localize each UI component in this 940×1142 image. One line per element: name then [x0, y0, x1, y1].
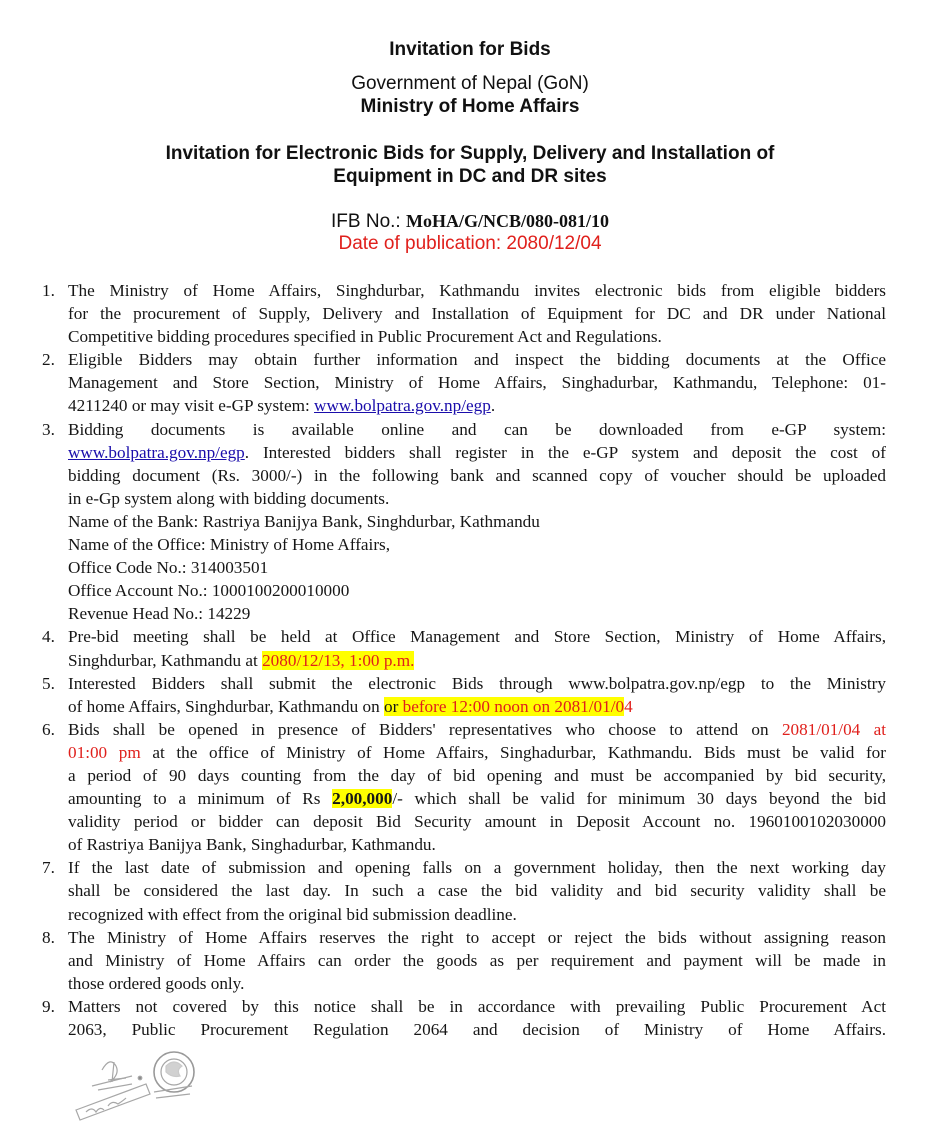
- ifb-label: IFB No.:: [331, 211, 406, 232]
- official-stamp-and-signature-icon: [62, 1040, 202, 1130]
- clause-text: recognized with effect from the original…: [68, 903, 886, 926]
- clause-number: 9.: [42, 995, 55, 1018]
- clause-text: Matters not covered by this notice shall…: [68, 995, 886, 1018]
- notice-clauses: 1. The Ministry of Home Affairs, Singhdu…: [36, 279, 886, 1041]
- notice-subject-line-2: Equipment in DC and DR sites: [0, 166, 940, 188]
- clause-text: validity period or bidder can deposit Bi…: [68, 810, 886, 833]
- notice-subject-line-1: Invitation for Electronic Bids for Suppl…: [0, 143, 940, 165]
- tender-notice-page: Invitation for Bids Government of Nepal …: [0, 0, 940, 1142]
- clause-7: 7. If the last date of submission and op…: [36, 856, 886, 925]
- submission-deadline-tail: 4: [624, 697, 633, 716]
- clause-text-segment: .: [491, 396, 495, 415]
- clause-text: Bidding documents is available online an…: [68, 418, 886, 441]
- egp-link[interactable]: www.bolpatra.gov.np/egp: [68, 443, 245, 462]
- clause-9: 9. Matters not covered by this notice sh…: [36, 995, 886, 1041]
- clause-text: The Ministry of Home Affairs reserves th…: [68, 926, 886, 949]
- clause-text: bidding document (Rs. 3000/-) in the fol…: [68, 464, 886, 487]
- bid-opening-date: 2081/01/04 at: [782, 720, 886, 739]
- prebid-datetime: 2080/12/13, 1:00 p.m.: [262, 651, 414, 670]
- clause-text: and Ministry of Home Affairs can order t…: [68, 949, 886, 972]
- egp-link[interactable]: www.bolpatra.gov.np/egp: [314, 396, 491, 415]
- clause-text: of Rastriya Banijya Bank, Singhadurbar, …: [68, 833, 886, 856]
- clause-number: 1.: [42, 279, 55, 302]
- clause-text-segment: /- which shall be valid for minimum 30 d…: [392, 789, 886, 808]
- ifb-number-value: MoHA/G/NCB/080-081/10: [406, 211, 609, 231]
- clause-number: 8.: [42, 926, 55, 949]
- bid-security-amount: 2,00,000: [332, 789, 392, 808]
- clause-3: 3. Bidding documents is available online…: [36, 418, 886, 626]
- clause-text-segment: 4211240 or may visit e-GP system:: [68, 396, 314, 415]
- publication-date: Date of publication: 2080/12/04: [0, 233, 940, 255]
- clause-text: Bids shall be opened in presence of Bidd…: [68, 718, 886, 741]
- office-code: Office Code No.: 314003501: [68, 556, 886, 579]
- bank-name: Name of the Bank: Rastriya Banijya Bank,…: [68, 510, 886, 533]
- clause-text: for the procurement of Supply, Delivery …: [68, 302, 886, 325]
- notice-title: Invitation for Bids: [0, 39, 940, 61]
- clause-text: those ordered goods only.: [68, 972, 886, 995]
- submission-deadline: before 12:00 noon on 2081/01/0: [403, 697, 625, 716]
- clause-text: a period of 90 days counting from the da…: [68, 764, 886, 787]
- clause-number: 7.: [42, 856, 55, 879]
- clause-text-segment: amounting to a minimum of Rs: [68, 789, 332, 808]
- revenue-head: Revenue Head No.: 14229: [68, 602, 886, 625]
- clause-text: of home Affairs, Singhdurbar, Kathmandu …: [68, 695, 886, 718]
- clause-text: Singhdurbar, Kathmandu at 2080/12/13, 1:…: [68, 649, 886, 672]
- clause-text-segment: Singhdurbar, Kathmandu at: [68, 651, 262, 670]
- clause-4: 4. Pre-bid meeting shall be held at Offi…: [36, 625, 886, 671]
- ifb-number: IFB No.: MoHA/G/NCB/080-081/10: [0, 211, 940, 233]
- clause-text: Eligible Bidders may obtain further info…: [68, 348, 886, 371]
- clause-text-segment: . Interested bidders shall register in t…: [245, 443, 886, 462]
- clause-number: 2.: [42, 348, 55, 371]
- office-name: Name of the Office: Ministry of Home Aff…: [68, 533, 886, 556]
- clause-text: Management and Store Section, Ministry o…: [68, 371, 886, 394]
- clause-text: Pre-bid meeting shall be held at Office …: [68, 625, 886, 648]
- clause-text: 4211240 or may visit e-GP system: www.bo…: [68, 394, 886, 417]
- clause-text: 2063, Public Procurement Regulation 2064…: [68, 1018, 886, 1041]
- clause-text: If the last date of submission and openi…: [68, 856, 886, 879]
- clause-8: 8. The Ministry of Home Affairs reserves…: [36, 926, 886, 995]
- clause-text: amounting to a minimum of Rs 2,00,000/- …: [68, 787, 886, 810]
- clause-text: shall be considered the last day. In suc…: [68, 879, 886, 902]
- clause-number: 4.: [42, 625, 55, 648]
- clause-text-segment: Bids shall be opened in presence of Bidd…: [68, 720, 782, 739]
- clause-text-segment: or: [384, 697, 403, 716]
- clause-2: 2. Eligible Bidders may obtain further i…: [36, 348, 886, 417]
- clause-text-segment: at the office of Ministry of Home Affair…: [141, 743, 886, 762]
- ministry-name: Ministry of Home Affairs: [0, 96, 940, 118]
- clause-text: The Ministry of Home Affairs, Singhdurba…: [68, 279, 886, 302]
- clause-text: Interested Bidders shall submit the elec…: [68, 672, 886, 695]
- clause-1: 1. The Ministry of Home Affairs, Singhdu…: [36, 279, 886, 348]
- bid-opening-time: 01:00 pm: [68, 743, 141, 762]
- clause-number: 6.: [42, 718, 55, 741]
- clause-text-segment: of home Affairs, Singhdurbar, Kathmandu …: [68, 697, 384, 716]
- clause-text: www.bolpatra.gov.np/egp. Interested bidd…: [68, 441, 886, 464]
- office-account: Office Account No.: 1000100200010000: [68, 579, 886, 602]
- government-name: Government of Nepal (GoN): [0, 73, 940, 95]
- clause-text: in e-Gp system along with bidding docume…: [68, 487, 886, 510]
- clause-6: 6. Bids shall be opened in presence of B…: [36, 718, 886, 857]
- clause-text: 01:00 pm at the office of Ministry of Ho…: [68, 741, 886, 764]
- clause-text: Competitive bidding procedures specified…: [68, 325, 886, 348]
- clause-5: 5. Interested Bidders shall submit the e…: [36, 672, 886, 718]
- clause-number: 5.: [42, 672, 55, 695]
- clause-number: 3.: [42, 418, 55, 441]
